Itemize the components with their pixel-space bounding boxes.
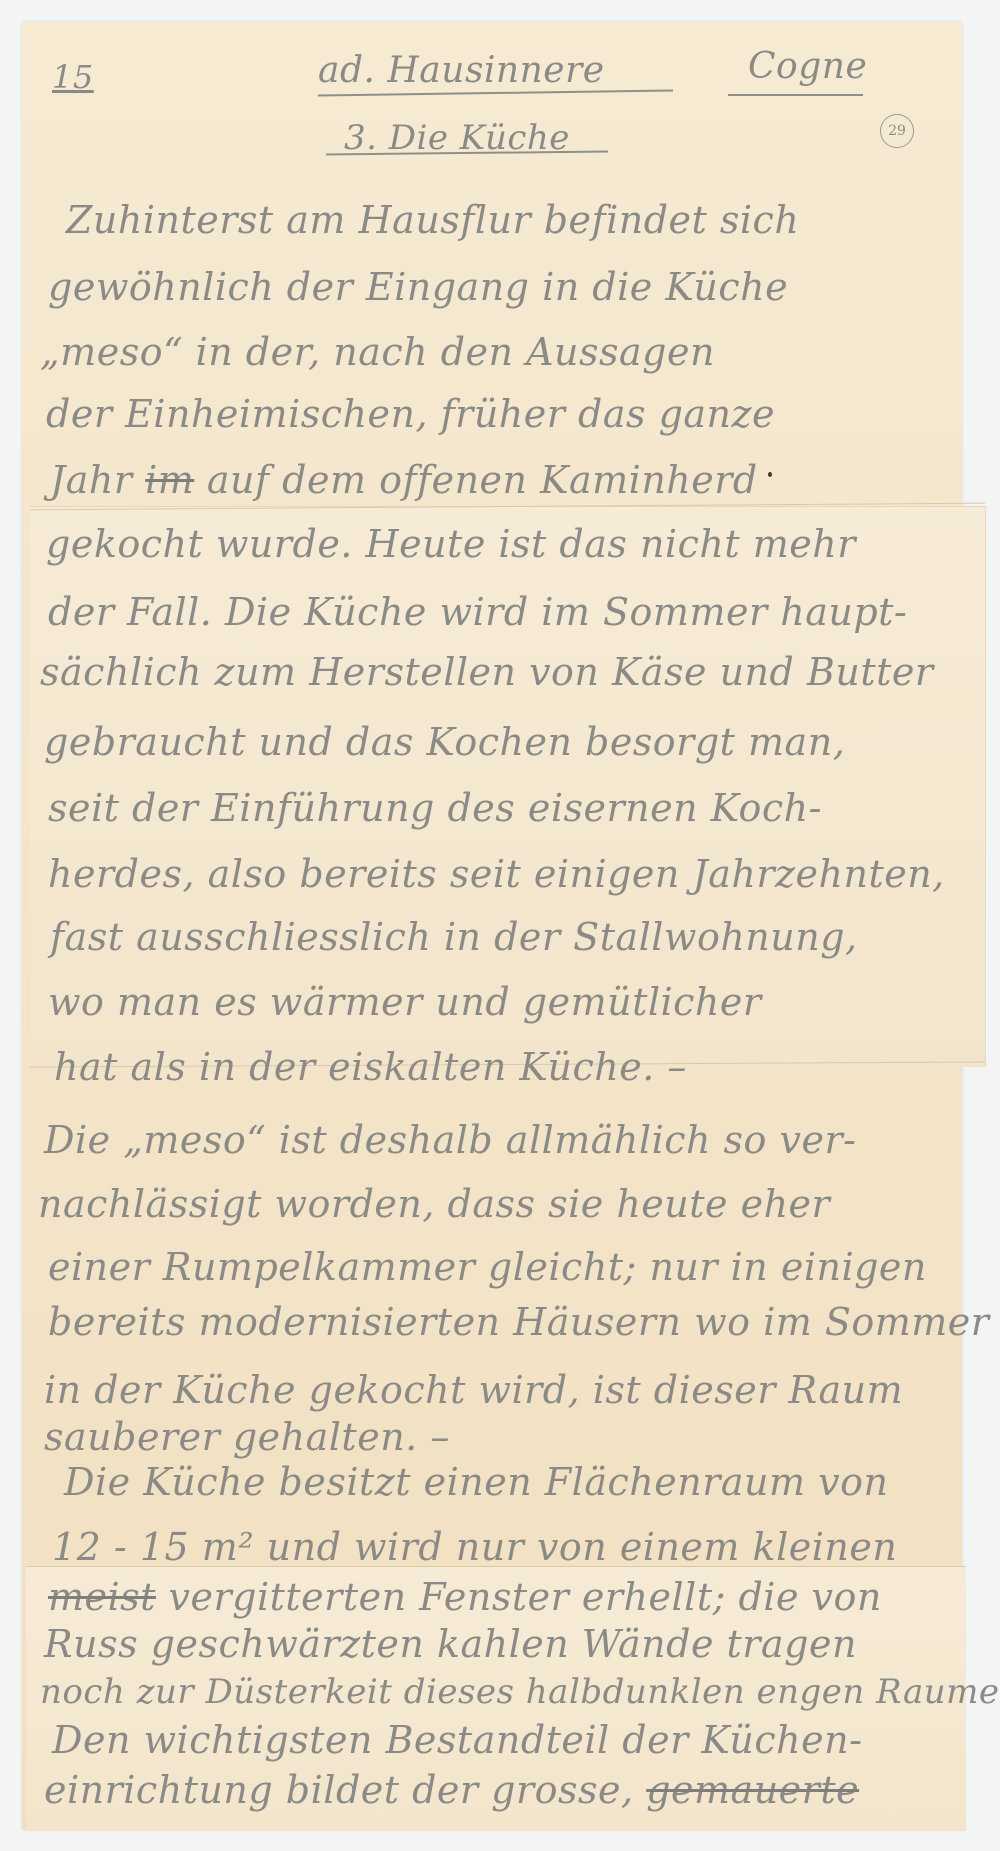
text-line: fast ausschliesslich in der Stallwohnung… <box>50 915 858 959</box>
text-line: der Fall. Die Küche wird im Sommer haupt… <box>48 590 907 634</box>
text-line: Jahr im auf dem offenen Kaminherd <box>50 458 758 502</box>
text-line: sächlich zum Herstellen von Käse und But… <box>40 650 934 694</box>
text-line: meist vergitterten Fenster erhellt; die … <box>48 1575 882 1619</box>
document-title: ad. Hausinnere <box>318 50 605 91</box>
text-line: noch zur Düsterkeit dieses halbdunklen e… <box>40 1672 1000 1712</box>
text-line: einer Rumpelkammer gleicht; nur in einig… <box>48 1245 927 1289</box>
text-line: „meso“ in der, nach den Aussagen <box>40 330 715 374</box>
line-start-word: Jahr <box>50 458 145 502</box>
scanned-page: 15 ad. Hausinnere Cogne 3. Die Küche 29 … <box>0 0 1000 1851</box>
text-line: herdes, also bereits seit einigen Jahrze… <box>48 852 945 896</box>
struck-word: meist <box>48 1575 156 1619</box>
place-name: Cogne <box>748 46 867 87</box>
text-line: Den wichtigsten Bestandteil der Küchen- <box>52 1718 862 1762</box>
text-line: gebraucht und das Kochen besorgt man, <box>44 720 845 764</box>
line-start: einrichtung bildet der grosse, <box>44 1768 646 1812</box>
text-line: gewöhnlich der Eingang in die Küche <box>48 265 788 309</box>
ink-spot <box>768 472 772 477</box>
line-rest: auf dem offenen Kaminherd <box>194 458 757 502</box>
text-line: hat als in der eiskalten Küche. – <box>54 1045 687 1089</box>
text-line: gekocht wurde. Heute ist das nicht mehr <box>46 522 856 566</box>
text-line: nachlässigt worden, dass sie heute eher <box>38 1182 830 1226</box>
text-line: Russ geschwärzten kahlen Wände tragen <box>44 1622 857 1666</box>
text-line: einrichtung bildet der grosse, gemauerte <box>44 1768 859 1812</box>
text-line: sauberer gehalten. – <box>44 1415 450 1459</box>
text-line: wo man es wärmer und gemütlicher <box>48 980 762 1024</box>
text-line: Die „meso“ ist deshalb allmählich so ver… <box>44 1118 856 1162</box>
text-line: bereits modernisierten Häusern wo im Som… <box>48 1300 989 1344</box>
text-line: Zuhinterst am Hausflur befindet sich <box>66 198 799 242</box>
text-line: 12 - 15 m² und wird nur von einem kleine… <box>52 1525 897 1569</box>
text-line: der Einheimischen, früher das ganze <box>46 392 775 436</box>
place-underline <box>728 94 863 96</box>
struck-word: gemauerte <box>646 1768 859 1812</box>
page-number: 15 <box>52 58 94 96</box>
text-line: in der Küche gekocht wird, ist dieser Ra… <box>44 1368 903 1412</box>
text-line: Die Küche besitzt einen Flächenraum von <box>64 1460 888 1504</box>
text-line: seit der Einführung des eisernen Koch- <box>48 786 822 830</box>
struck-word: im <box>145 458 194 502</box>
archive-page-mark: 29 <box>880 114 914 148</box>
line-rest: vergitterten Fenster erhellt; die von <box>156 1575 882 1619</box>
